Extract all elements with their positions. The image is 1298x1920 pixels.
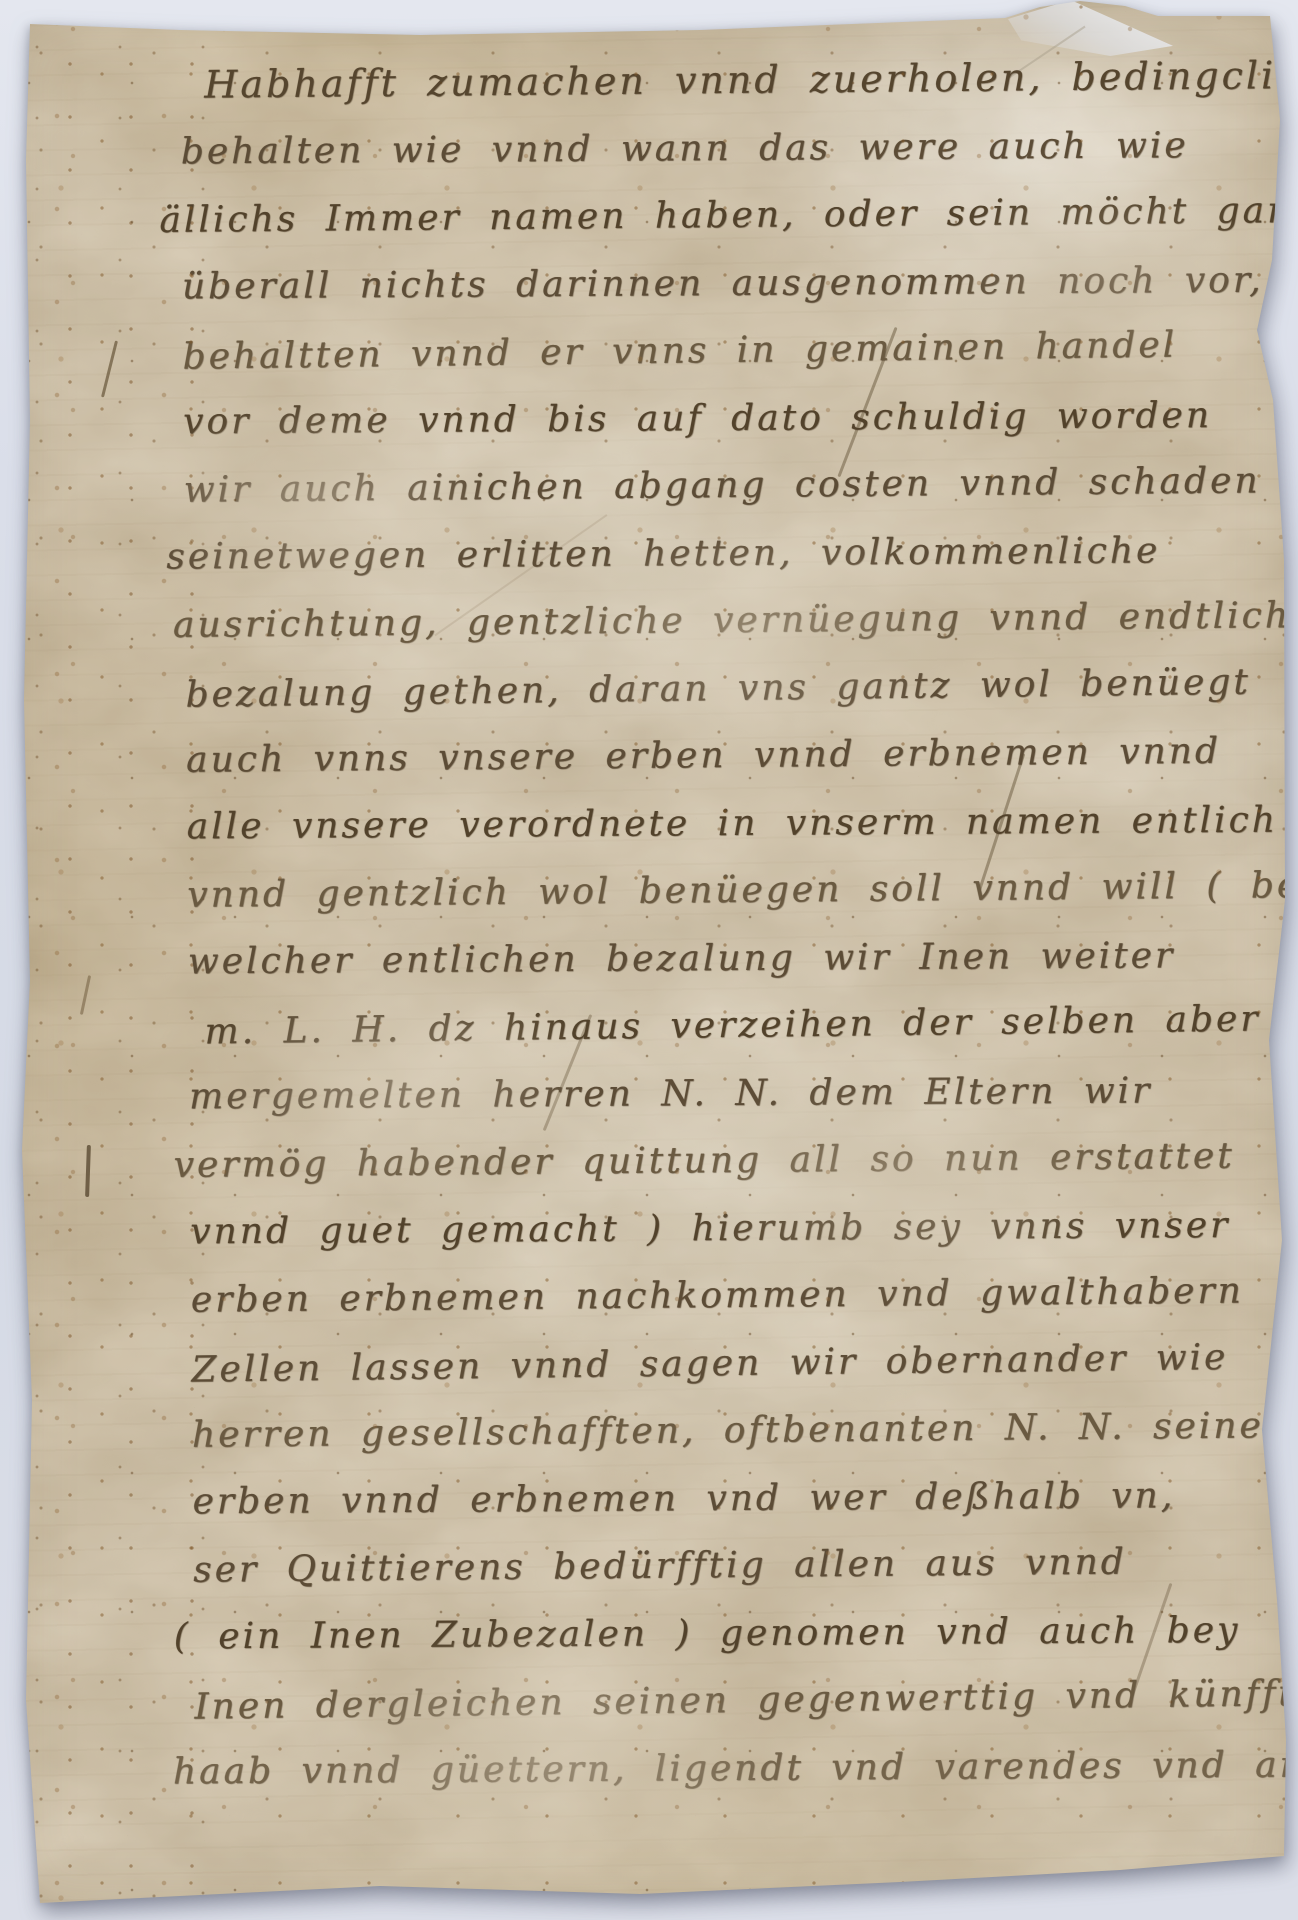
manuscript-line: behalten wie vnnd wann das were auch wie bbox=[159, 111, 1279, 185]
text-block: Habhafft zumachen vnnd zuerholen, beding… bbox=[158, 42, 1293, 1807]
manuscript-line: erben vnnd erbnemen vnd wer deßhalb vn, bbox=[170, 1461, 1290, 1535]
photo-backdrop: Habhafft zumachen vnnd zuerholen, beding… bbox=[0, 0, 1298, 1920]
manuscript-line: Zellen lassen vnnd sagen wir obernander … bbox=[169, 1323, 1290, 1404]
manuscript-line: bezalung gethen, daran vns gantz wol ben… bbox=[163, 648, 1284, 729]
manuscript-line: Inen dergleichen seinen gegenwerttig vnd… bbox=[172, 1660, 1293, 1741]
manuscript-line: herren gesellschafften, oftbenanten N. N… bbox=[170, 1392, 1291, 1469]
manuscript-line: haab vnnd güettern, ligendt vnd varendes… bbox=[173, 1731, 1293, 1805]
manuscript-line: auch vnns vnsere erben vnnd erbnemen vnn… bbox=[164, 717, 1285, 794]
manuscript-line: vnnd guet gemacht ) hierumb sey vnns vns… bbox=[168, 1191, 1288, 1265]
manuscript-line: alle vnsere verordnete in vnserm namen e… bbox=[165, 786, 1285, 860]
manuscript-line: vor deme vnnd bis auf dato schuldig word… bbox=[161, 381, 1281, 455]
manuscript-line: erben erbnemen nachkommen vnd gwalthaber… bbox=[169, 1257, 1290, 1334]
manuscript-line: überall nichts darinnen ausgenommen noch… bbox=[160, 246, 1280, 320]
manuscript-line: ser Quittierens bedürfftig allen aus vnn… bbox=[171, 1527, 1292, 1604]
manuscript-line: Habhafft zumachen vnnd zuerholen, beding… bbox=[158, 42, 1279, 119]
manuscript-line: ällichs Immer namen haben, oder sein möc… bbox=[159, 177, 1280, 254]
manuscript-line: ( ein Inen Zubezalen ) genomen vnd auch … bbox=[172, 1596, 1292, 1670]
paper-surface: Habhafft zumachen vnnd zuerholen, beding… bbox=[0, 0, 1298, 1920]
manuscript-line: m. L. H. dz hinaus verzeihen der selben … bbox=[166, 985, 1287, 1066]
manuscript-line: vermög habender quittung all so nun erst… bbox=[167, 1122, 1288, 1199]
manuscript-sheet: Habhafft zumachen vnnd zuerholen, beding… bbox=[0, 0, 1298, 1920]
manuscript-line: wir auch ainichen abgang costen vnnd sch… bbox=[162, 447, 1283, 524]
manuscript-line: seinetwegen erlitten hetten, volkommenli… bbox=[162, 516, 1282, 590]
manuscript-line: vnnd gentzlich wol benüegen soll vnnd wi… bbox=[165, 852, 1286, 929]
manuscript-line: behaltten vnnd er vnns in gemainen hande… bbox=[160, 310, 1281, 391]
manuscript-line: mergemelten herren N. N. dem Eltern wir bbox=[167, 1056, 1287, 1130]
manuscript-line: ausrichtung, gentzliche vernüegung vnnd … bbox=[163, 582, 1284, 659]
manuscript-line: welcher entlichen bezalung wir Inen weit… bbox=[166, 921, 1286, 995]
